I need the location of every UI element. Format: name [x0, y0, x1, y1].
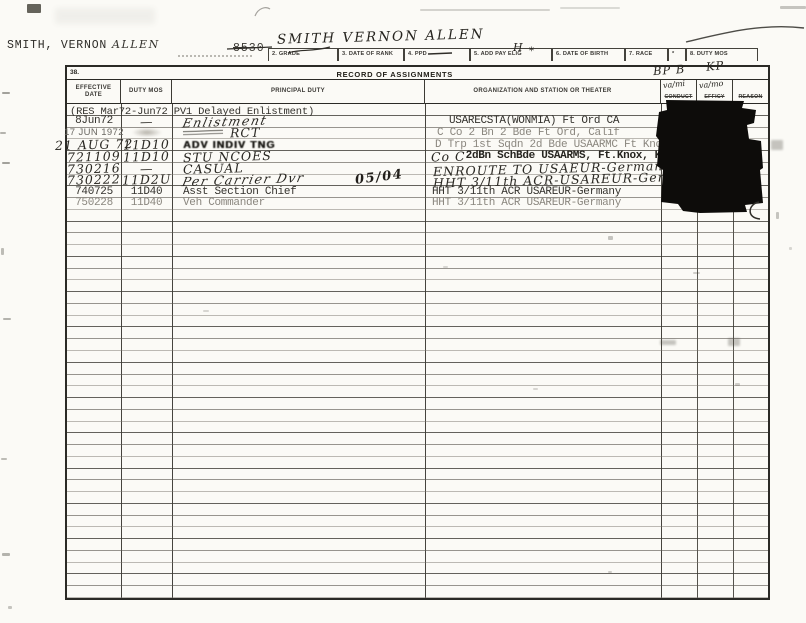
spanning-note: (RES Mar72-Jun72 PV1 Delayed Enlistment)	[70, 106, 314, 118]
struck-scribble	[183, 128, 223, 138]
table-row	[67, 280, 768, 292]
column-header-7: REASON	[733, 80, 768, 104]
table-row	[67, 304, 768, 316]
scan-artifact	[693, 272, 700, 274]
table-row	[67, 563, 768, 575]
table-row	[67, 245, 768, 257]
cell-mos: 11D40	[122, 186, 171, 197]
table-row	[67, 233, 768, 245]
scan-artifact	[728, 338, 740, 346]
scan-artifact	[27, 4, 41, 13]
field-box: 7. RACE	[625, 48, 668, 61]
scan-artifact	[776, 212, 779, 219]
cell-text: USARECSTA(WONMIA) Ft Ord CA	[449, 115, 619, 127]
table-row	[67, 445, 768, 457]
cell-org: HHT 3/11th ACR USAREUR-Germany	[429, 186, 770, 197]
scan-artifact	[780, 6, 806, 9]
table-row	[67, 351, 768, 363]
field-box: 4. PPD	[404, 48, 470, 61]
cell-text: 11D40	[131, 197, 163, 209]
table-row	[67, 222, 768, 234]
table-header-row: EFFECTIVE DATEDUTY MOSPRINCIPAL DUTYORGA…	[67, 80, 768, 104]
handwritten-overwrite: va/mo	[699, 79, 724, 91]
cell-text: 740725	[75, 186, 113, 198]
table-row: 75022811D40Veh CommanderHHT 3/11th ACR U…	[67, 198, 768, 210]
table-row	[67, 480, 768, 492]
typed-name: SMITH, VERNON	[7, 39, 107, 52]
scan-artifact	[2, 162, 10, 164]
column-header-label: EFFECTIVE DATE	[69, 85, 118, 100]
cell-date: 740725	[68, 186, 120, 197]
scan-artifact	[0, 132, 6, 134]
scanned-document-page: SMITH, VERNON ALLEN 8530 SMITH VERNON AL…	[0, 0, 806, 623]
cell-text: HHT 3/11th ACR USAREUR-Germany	[432, 186, 621, 198]
faint-dots-artifact	[178, 55, 252, 57]
scan-artifact	[420, 9, 550, 11]
column-header-5: CONDUCTva/mi	[661, 80, 697, 104]
scan-artifact	[3, 318, 11, 320]
table-row	[67, 433, 768, 445]
scan-artifact	[789, 247, 792, 250]
cell-duty: Veh Commander	[177, 198, 429, 209]
column-header-label: PRINCIPAL DUTY	[271, 88, 325, 96]
field-box-label: 4. PPD	[405, 49, 469, 57]
pen-flourish	[686, 27, 804, 42]
handwritten-name: SMITH VERNON ALLEN	[277, 26, 485, 47]
field-box: 3. DATE OF RANK	[338, 48, 404, 61]
scan-artifact	[1, 458, 7, 460]
table-row	[67, 492, 768, 504]
table-row: 73022211D2UPer Carrier DvrHHT 3/11th ACR…	[67, 175, 768, 187]
table-row: 74072511D40Asst Section ChiefHHT 3/11th …	[67, 186, 768, 198]
table-row	[67, 574, 768, 586]
table-row	[67, 327, 768, 339]
cell-text: HHT 3/11th ACR USAREUR-Germany	[432, 197, 621, 209]
corner-curve-artifact	[255, 8, 270, 16]
table-row	[67, 422, 768, 434]
table-row	[67, 504, 768, 516]
table-title: RECORD OF ASSIGNMENTS	[67, 70, 453, 79]
struck-number: 8530	[233, 42, 265, 55]
field-box: 6. DATE OF BIRTH	[552, 48, 625, 61]
scan-artifact	[443, 266, 448, 268]
table-row	[67, 398, 768, 410]
field-box: *	[668, 48, 686, 61]
field-box-label: 6. DATE OF BIRTH	[553, 49, 624, 57]
cell-text: 11D40	[131, 186, 163, 198]
column-header-label: ORGANIZATION AND STATION OR THEATER	[473, 88, 611, 96]
scan-artifact	[2, 92, 10, 94]
field-box-label: 7. RACE	[626, 49, 667, 57]
scan-artifact	[608, 571, 612, 573]
table-row	[67, 457, 768, 469]
scan-artifact	[8, 606, 12, 609]
cell-org: D Trp 1st Sqdn 2d Bde USAARMC Ft Knox, K…	[429, 139, 773, 150]
field-box-label: 2. GRADE	[269, 49, 337, 57]
handwritten-annotation-kp: KP	[705, 58, 725, 74]
scan-artifact	[533, 388, 538, 390]
cell-text: D Trp 1st Sqdn 2d Bde USAARMC Ft Knox, K…	[435, 139, 693, 151]
table-row	[67, 292, 768, 304]
table-row	[67, 269, 768, 281]
table-row	[67, 586, 768, 598]
column-header-label: DUTY MOS	[129, 88, 163, 96]
scan-artifact	[771, 140, 783, 150]
pen-mark: H	[513, 41, 523, 54]
column-header-label: REASON	[739, 94, 763, 101]
scan-artifact	[55, 8, 155, 24]
table-row	[67, 551, 768, 563]
cell-mos: 11D2U	[122, 175, 171, 186]
table-row	[67, 257, 768, 269]
scan-artifact	[560, 7, 620, 9]
field-box: 5. ADD PAY ELIG	[470, 48, 552, 61]
table-row: 21 AUG 7211D10ADV INDIV TNGD Trp 1st Sqd…	[67, 139, 768, 151]
column-header-label: CONDUCT	[664, 94, 692, 101]
typed-name-suffix: ALLEN	[112, 38, 160, 51]
table-row	[67, 363, 768, 375]
cell-date: 730222	[68, 175, 120, 186]
table-row	[67, 375, 768, 387]
scan-artifact	[735, 383, 740, 386]
scan-artifact	[660, 340, 676, 345]
field-box: 2. GRADE	[268, 48, 338, 61]
scan-artifact	[203, 310, 209, 312]
scan-artifact	[1, 248, 4, 255]
column-header-label: EFFICY	[704, 94, 724, 101]
cell-duty: RCT	[177, 128, 429, 139]
field-box-label: 8. DUTY MOS	[687, 49, 757, 57]
cell-org: USARECSTA(WONMIA) Ft Ord CA	[429, 116, 787, 127]
field-box-label: *	[669, 49, 685, 57]
table-row	[67, 410, 768, 422]
column-header-4: ORGANIZATION AND STATION OR THEATER	[425, 80, 661, 104]
table-row	[67, 539, 768, 551]
table-row	[67, 527, 768, 539]
pen-mark: *	[529, 46, 534, 57]
cell-org: C Co 2 Bn 2 Bde Ft Ord, Calif	[429, 128, 775, 139]
assignments-table: 38. RECORD OF ASSIGNMENTS BP B KP EFFECT…	[65, 65, 770, 600]
cell-date: 750228	[68, 198, 120, 209]
cell-org: HHT 3/11th ACR-USAREUR-Germany	[429, 175, 771, 186]
cell-text: 750228	[75, 197, 113, 209]
column-header-1: EFFECTIVE DATE	[67, 80, 121, 104]
field-box-label: 3. DATE OF RANK	[339, 49, 403, 57]
cell-text: C Co 2 Bn 2 Bde Ft Ord, Calif	[437, 127, 620, 139]
scan-artifact	[2, 553, 10, 556]
cell-text: Veh Commander	[183, 197, 265, 209]
table-row	[67, 516, 768, 528]
handwritten-annotation-bp: BP B	[653, 62, 686, 78]
cell-text: Asst Section Chief	[183, 186, 296, 198]
field-box-label: 5. ADD PAY ELIG	[471, 49, 551, 57]
handwritten-overwrite: va/mi	[663, 79, 686, 91]
column-header-2: DUTY MOS	[121, 80, 172, 104]
cell-duty: Asst Section Chief	[177, 186, 429, 197]
table-row	[67, 210, 768, 222]
table-row	[67, 386, 768, 398]
column-header-6: EFFICYva/mo	[697, 80, 733, 104]
table-row	[67, 469, 768, 481]
scan-artifact	[608, 236, 613, 240]
column-header-3: PRINCIPAL DUTY	[172, 80, 425, 104]
table-row	[67, 316, 768, 328]
table-row: 17 JUN 1972RCTC Co 2 Bn 2 Bde Ft Ord, Ca…	[67, 128, 768, 140]
cell-org: HHT 3/11th ACR USAREUR-Germany	[429, 198, 770, 209]
cell-mos: 11D40	[122, 198, 171, 209]
